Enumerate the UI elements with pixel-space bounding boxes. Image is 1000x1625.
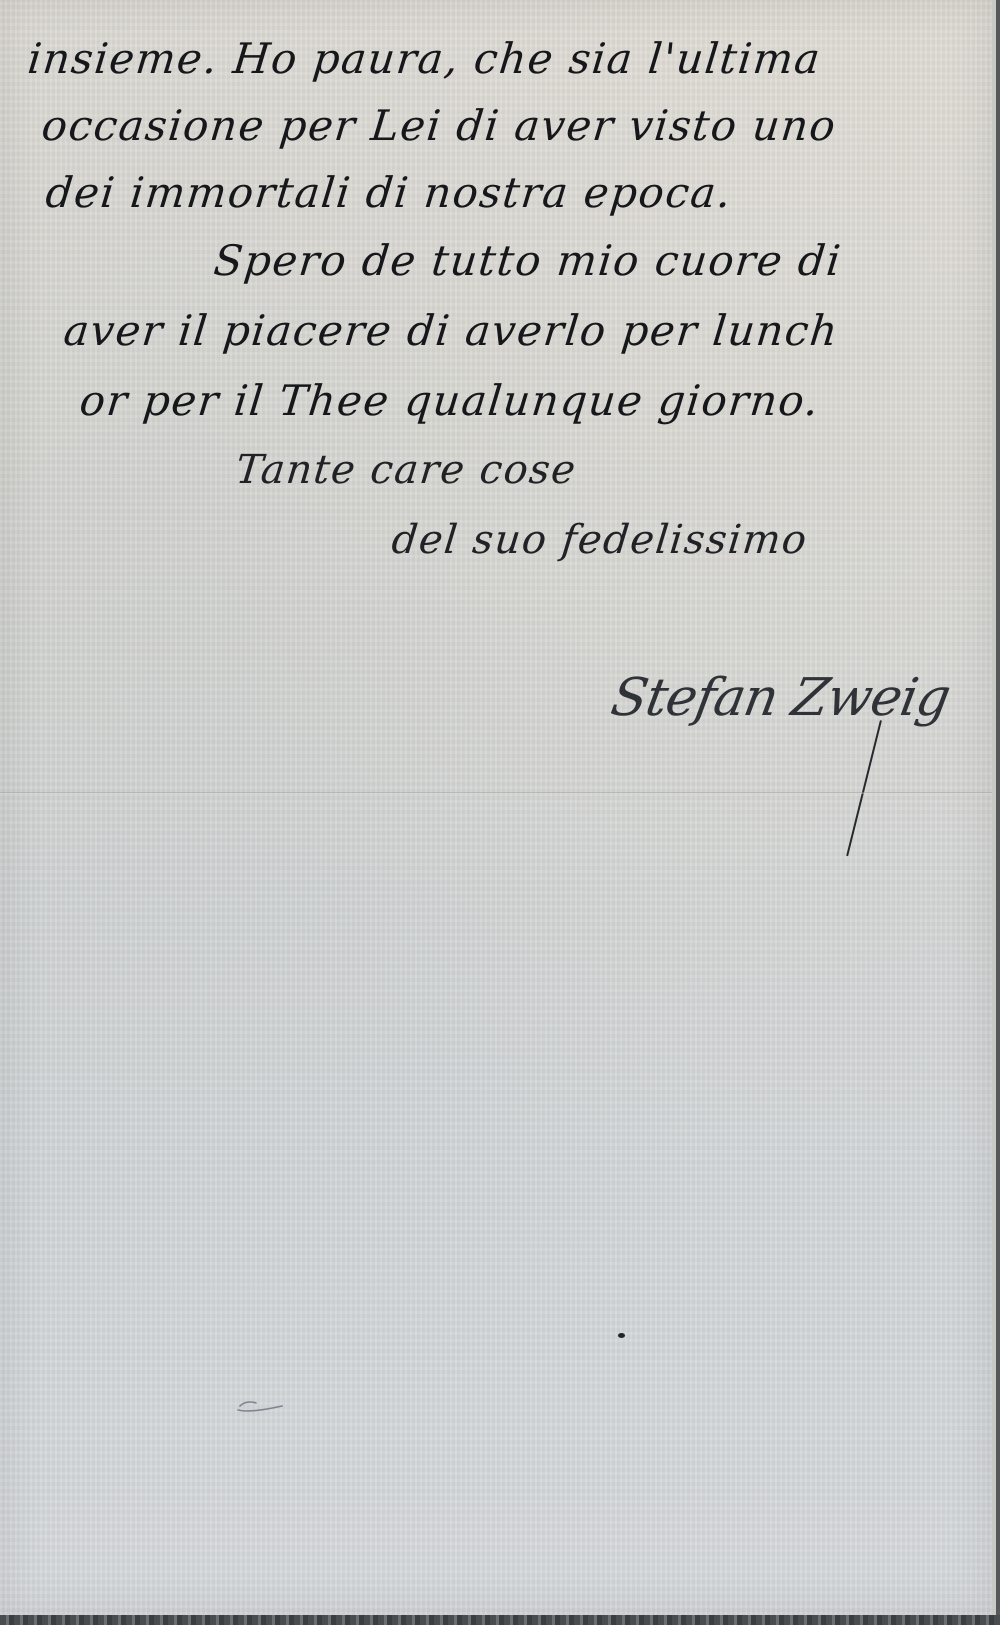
ink-spot	[618, 1333, 625, 1338]
closing-line-1: Tante care cose	[234, 450, 579, 490]
background-edge-bottom	[0, 1615, 1000, 1625]
fold-crease	[0, 792, 992, 794]
signature-tail-stroke	[846, 720, 882, 856]
letter-line-6: or per il Thee qualunque giorno.	[78, 380, 822, 422]
letter-line-3: dei immortali di nostra epoca.	[44, 172, 734, 214]
letter-line-2: occasione per Lei di aver visto uno	[40, 105, 839, 147]
background-edge-right	[996, 0, 1000, 1625]
letter-line-5: aver il piacere di averlo per lunch	[62, 310, 841, 352]
signature: Stefan Zweig	[607, 668, 954, 728]
letter-line-4: Spero de tutto mio cuore di	[212, 240, 844, 282]
letter-sheet: insieme. Ho paura, che sia l'ultima occa…	[0, 0, 996, 1615]
pencil-mark-icon	[236, 1400, 284, 1414]
letter-line-1: insieme. Ho paura, che sia l'ultima	[26, 38, 823, 80]
closing-line-2: del suo fedelissimo	[390, 520, 810, 560]
